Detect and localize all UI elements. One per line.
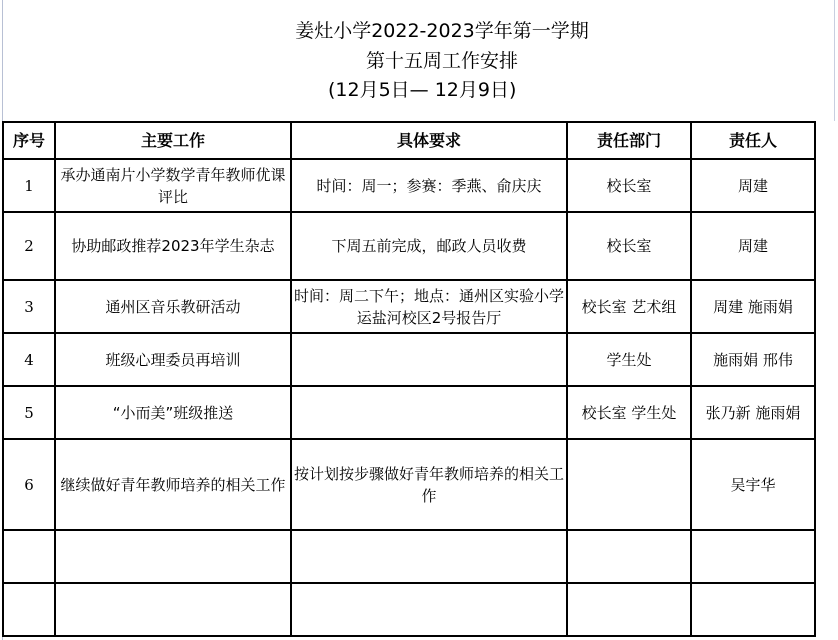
header-no[interactable]: 序号 — [3, 122, 55, 159]
cell-department[interactable] — [567, 439, 691, 530]
cell-person[interactable]: 吴宇华 — [691, 439, 815, 530]
cell-no[interactable]: 1 — [3, 159, 55, 212]
table-row: 5 “小而美”班级推送 校长室 学生处 张乃新 施雨娟 — [3, 386, 815, 439]
cell-department[interactable]: 校长室 — [567, 159, 691, 212]
table-row: 4 班级心理委员再培训 学生处 施雨娟 邢伟 — [3, 333, 815, 386]
cell-requirement[interactable] — [291, 386, 567, 439]
cell-person[interactable]: 张乃新 施雨娟 — [691, 386, 815, 439]
cell-work[interactable]: 通州区音乐教研活动 — [55, 280, 291, 333]
cell-no[interactable] — [3, 583, 55, 636]
cell-person[interactable]: 周建 — [691, 159, 815, 212]
header-person[interactable]: 责任人 — [691, 122, 815, 159]
table-row-empty — [3, 530, 815, 583]
table-row: 2 协助邮政推荐2023年学生杂志 下周五前完成，邮政人员收费 校长室 周建 — [3, 212, 815, 280]
cell-work[interactable]: “小而美”班级推送 — [55, 386, 291, 439]
cell-work[interactable] — [55, 583, 291, 636]
cell-work[interactable]: 班级心理委员再培训 — [55, 333, 291, 386]
cell-no[interactable]: 5 — [3, 386, 55, 439]
cell-department[interactable]: 校长室 学生处 — [567, 386, 691, 439]
table-row-empty — [3, 583, 815, 636]
cell-requirement[interactable] — [291, 530, 567, 583]
title-week-schedule: 第十五周工作安排 — [0, 49, 838, 73]
cell-requirement[interactable] — [291, 583, 567, 636]
cell-department[interactable]: 学生处 — [567, 333, 691, 386]
table-row: 6 继续做好青年教师培养的相关工作 按计划按步骤做好青年教师培养的相关工作 吴宇… — [3, 439, 815, 530]
cell-work[interactable]: 继续做好青年教师培养的相关工作 — [55, 439, 291, 530]
cell-requirement[interactable]: 时间：周一；参赛：季燕、俞庆庆 — [291, 159, 567, 212]
cell-requirement[interactable]: 按计划按步骤做好青年教师培养的相关工作 — [291, 439, 567, 530]
header-requirements[interactable]: 具体要求 — [291, 122, 567, 159]
cell-requirement[interactable]: 下周五前完成，邮政人员收费 — [291, 212, 567, 280]
cell-work[interactable] — [55, 530, 291, 583]
cell-work[interactable]: 协助邮政推荐2023年学生杂志 — [55, 212, 291, 280]
cell-no[interactable]: 2 — [3, 212, 55, 280]
cell-department[interactable]: 校长室 艺术组 — [567, 280, 691, 333]
cell-department[interactable]: 校长室 — [567, 212, 691, 280]
cell-no[interactable]: 6 — [3, 439, 55, 530]
header-main-work[interactable]: 主要工作 — [55, 122, 291, 159]
schedule-table: 序号 主要工作 具体要求 责任部门 责任人 1 承办通南片小学数学青年教师优课评… — [2, 121, 816, 637]
title-date-range: (12月5日— 12月9日) — [328, 78, 516, 102]
cell-requirement[interactable] — [291, 333, 567, 386]
title-school-term: 姜灶小学2022-2023学年第一学期 — [0, 19, 838, 43]
cell-department[interactable] — [567, 530, 691, 583]
cell-person[interactable] — [691, 530, 815, 583]
table-row: 1 承办通南片小学数学青年教师优课评比 时间：周一；参赛：季燕、俞庆庆 校长室 … — [3, 159, 815, 212]
cell-department[interactable] — [567, 583, 691, 636]
cell-work[interactable]: 承办通南片小学数学青年教师优课评比 — [55, 159, 291, 212]
cell-person[interactable]: 周建 — [691, 212, 815, 280]
table-header-row: 序号 主要工作 具体要求 责任部门 责任人 — [3, 122, 815, 159]
header-department[interactable]: 责任部门 — [567, 122, 691, 159]
title-block: 姜灶小学2022-2023学年第一学期 第十五周工作安排 (12月5日— 12月… — [0, 0, 838, 121]
cell-person[interactable] — [691, 583, 815, 636]
cell-person[interactable]: 周建 施雨娟 — [691, 280, 815, 333]
table-row: 3 通州区音乐教研活动 时间：周二下午；地点：通州区实验小学运盐河校区2号报告厅… — [3, 280, 815, 333]
cell-no[interactable] — [3, 530, 55, 583]
cell-no[interactable]: 3 — [3, 280, 55, 333]
cell-requirement[interactable]: 时间：周二下午；地点：通州区实验小学运盐河校区2号报告厅 — [291, 280, 567, 333]
cell-no[interactable]: 4 — [3, 333, 55, 386]
cell-person[interactable]: 施雨娟 邢伟 — [691, 333, 815, 386]
